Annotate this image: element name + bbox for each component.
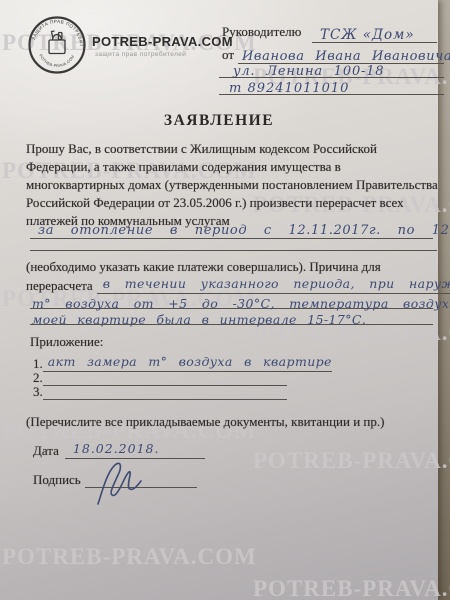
paragraph-line: Российской Федерации от 23.05.2006 г.) п…	[26, 194, 438, 212]
header-phone-value: т 89241011010	[219, 81, 349, 96]
empty-ruled-line	[30, 239, 437, 251]
reason-line: в течении указанного периода, при наружн…	[97, 276, 450, 291]
header-address-value: ул. Ленина 100-18	[219, 64, 384, 79]
attachments-hint: (Перечислите все прикладываемые документ…	[26, 414, 384, 430]
stamp-bottom-text: POTREB-PRAVA.COM	[38, 54, 75, 68]
brand-subtitle: защита прав потребителей	[95, 51, 186, 58]
logo-stamp-icon: ЗАЩИТА ПРАВ ПОТРЕБИТЕЛЕЙ POTREB-PRAVA.CO…	[27, 15, 87, 75]
header-from-label: от	[222, 47, 234, 63]
date-value: 18.02.2018.	[65, 441, 160, 456]
svg-text:ЗАЩИТА ПРАВ ПОТРЕБИТЕЛЕЙ: ЗАЩИТА ПРАВ ПОТРЕБИТЕЛЕЙ	[27, 15, 84, 47]
document-title: ЗАЯВЛЕНИЕ	[0, 112, 438, 130]
main-paragraph: Прошу Вас, в соответствии с Жилищным код…	[26, 140, 438, 230]
date-row: Дата 18.02.2018.	[33, 442, 205, 459]
stamp-top-text: ЗАЩИТА ПРАВ ПОТРЕБИТЕЛЕЙ	[27, 15, 84, 47]
reason-line: моей квартире была в интервале 15-17°С.	[30, 312, 366, 327]
period-value: за отопление в период с 12.11.2017г. по …	[30, 223, 450, 238]
note-line: (необходимо указать какие платежи соверш…	[26, 259, 381, 275]
attachment-row: 1. акт замера т° воздуха в квартире	[33, 356, 287, 372]
date-label: Дата	[33, 443, 59, 459]
svg-text:POTREB-PRAVA.COM: POTREB-PRAVA.COM	[38, 54, 75, 68]
attachment-number: 3.	[33, 384, 43, 400]
header-to-value: ТСЖ «Дом»	[312, 27, 415, 43]
reason-label: перерасчета	[26, 278, 93, 294]
attachments-label: Приложение:	[30, 334, 103, 350]
document-content: ЗАЩИТА ПРАВ ПОТРЕБИТЕЛЕЙ POTREB-PRAVA.CO…	[0, 0, 438, 600]
attachment-row: 2.	[33, 372, 287, 386]
brand-text: POTREB-PRAVA.COM	[92, 34, 233, 49]
signature-scribble	[86, 458, 150, 506]
paragraph-line: Федерации, а также правилами содержания …	[26, 158, 438, 176]
attachment-row: 3.	[33, 386, 287, 400]
attachment-value: акт замера т° воздуха в квартире	[43, 354, 332, 369]
signature-label: Подпись	[33, 472, 81, 488]
header-to-label: Руководителю	[222, 24, 301, 40]
paragraph-line: Прошу Вас, в соответствии с Жилищным код…	[26, 140, 438, 158]
document-photo: POTREB-PRAVA.COM POTREB-PRAVA.COM POTREB…	[0, 0, 450, 600]
reason-line: т° воздуха от +5 до -30°С, температура в…	[30, 296, 450, 311]
shopping-bag-icon	[49, 31, 65, 54]
paragraph-line: многоквартирных домах (утвержденными пос…	[26, 176, 438, 194]
